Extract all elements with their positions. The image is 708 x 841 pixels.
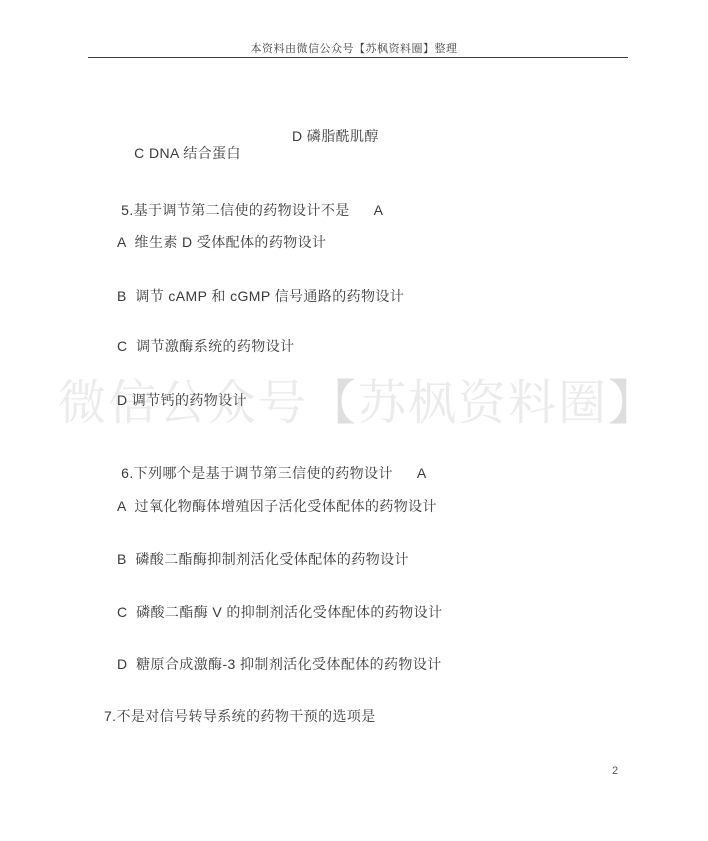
q6-option-d: D 糖原合成激酶-3 抑制剂活化受体配体的药物设计 <box>117 656 442 673</box>
question-6: 6.下列哪个是基于调节第三信使的药物设计A <box>104 448 427 499</box>
page-header-text: 本资料由微信公众号【苏枫资料圈】整理 <box>0 40 708 56</box>
q6-option-a: A 过氧化物酶体增殖因子活化受体配体的药物设计 <box>117 498 437 515</box>
q6-option-c: C 磷酸二酯酶 V 的抑制剂活化受体配体的药物设计 <box>117 604 442 621</box>
question-5: 5.基于调节第二信使的药物设计不是A <box>104 185 383 236</box>
question-7: 7.不是对信号转导系统的药物干预的选项是 <box>104 708 376 725</box>
q6-option-b: B 磷酸二酯酶抑制剂活化受体配体的药物设计 <box>117 551 409 568</box>
page-number: 2 <box>612 765 618 777</box>
q5-option-d: D 调节钙的药物设计 <box>117 392 247 409</box>
watermark-name: 苏枫资料圈 <box>358 377 608 430</box>
carryover-option-c: C DNA 结合蛋白 <box>134 145 241 161</box>
question-5-text: 5.基于调节第二信使的药物设计不是 <box>121 202 349 218</box>
header-divider <box>88 57 628 58</box>
watermark-bracket-open: 【 <box>308 377 358 430</box>
document-page: 本资料由微信公众号【苏枫资料圈】整理 微信公众号【苏枫资料圈】 C DNA 结合… <box>0 0 708 841</box>
question-6-text: 6.下列哪个是基于调节第三信使的药物设计 <box>121 465 393 481</box>
q5-option-c: C 调节激酶系统的药物设计 <box>117 338 295 355</box>
question-6-answer: A <box>417 465 427 481</box>
q5-option-b: B 调节 cAMP 和 cGMP 信号通路的药物设计 <box>117 288 404 305</box>
q5-option-a: A 维生素 D 受体配体的药物设计 <box>117 234 326 251</box>
watermark-bracket-close: 】 <box>608 377 658 430</box>
carryover-option-d: D 磷脂酰肌醇 <box>292 128 379 145</box>
question-5-answer: A <box>374 202 384 218</box>
